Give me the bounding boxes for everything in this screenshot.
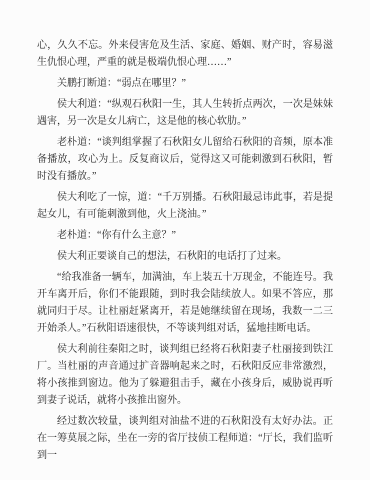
paragraph: 侯大利前往秦阳之时，谈判组已经将石秋阳妻子杜丽接到铁江厂。当杜丽的声音通过扩音器…	[37, 341, 333, 409]
paragraph: 老朴道：“谈判组掌握了石秋阳女儿留给石秋阳的音频，原本准备播放，攻心为上。反复商…	[37, 134, 333, 185]
paragraph: 经过数次较量，谈判组对油盐不进的石秋阳没有太好办法。正在一筹莫展之际，坐在一旁的…	[37, 413, 333, 464]
paragraph: 侯大利正要谈自己的想法，石秋阳的电话打了过来。	[37, 248, 333, 265]
paragraph: 侯大利吃了一惊，道：“千万别播。石秋阳最忌讳此事，若是提起女儿，有可能刺激到他，…	[37, 189, 333, 223]
paragraph: 关鹏打断道：“弱点在哪里？”	[37, 75, 333, 92]
paragraph: 老朴道：“你有什么主意？”	[37, 227, 333, 244]
paragraph: 侯大利道：“纵观石秋阳一生，其人生转折点两次，一次是妹妹遇害，另一次是女儿病亡，…	[37, 96, 333, 130]
reader-page: 心，久久不忘。外来侵害危及生活、家庭、婚姻、财产时，容易滋生仇恨心理，严重的就是…	[0, 0, 370, 480]
paragraph: 心，久久不忘。外来侵害危及生活、家庭、婚姻、财产时，容易滋生仇恨心理，严重的就是…	[37, 37, 333, 71]
paragraph: “给我准备一辆车，加满油，车上装五十万现金，不能连号。我开车离开后，你们不能跟随…	[37, 269, 333, 337]
